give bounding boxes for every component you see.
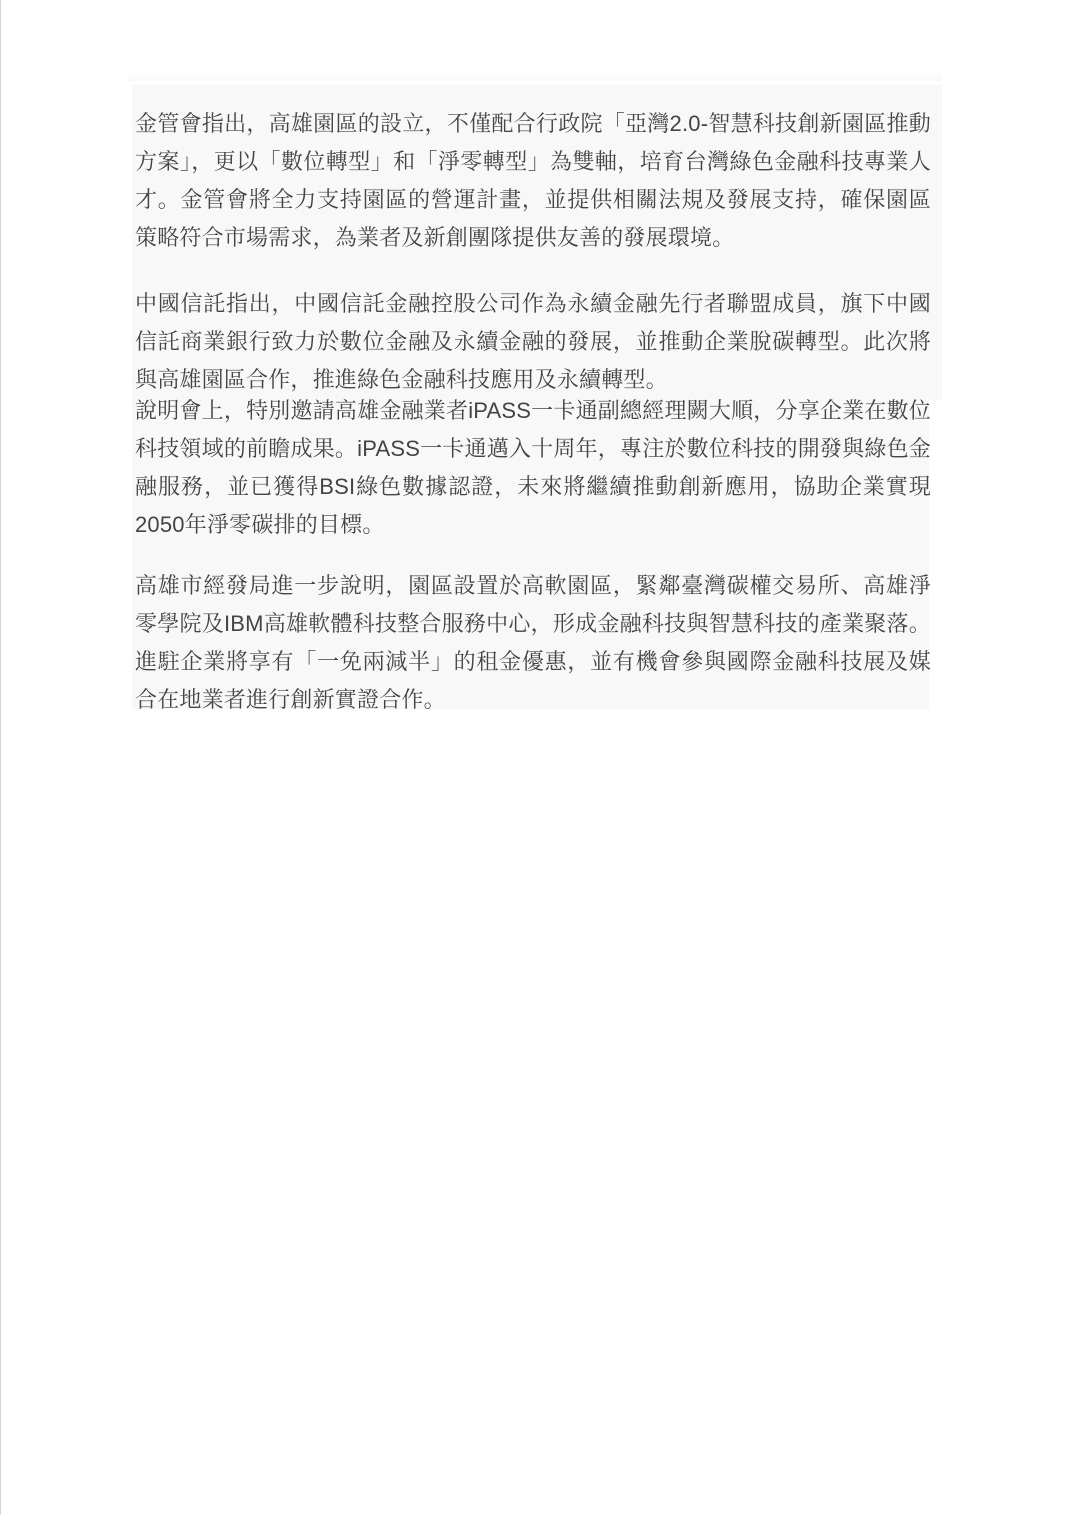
page-left-border [0,0,1,1515]
article-page: 金管會指出，高雄園區的設立，不僅配合行政院「亞灣2.0-智慧科技創新園區推動方案… [0,0,1071,1515]
paragraph-kaohsiung-edb-statement: 高雄市經發局進一步說明，園區設置於高軟園區，緊鄰臺灣碳權交易所、高雄淨零學院及I… [135,567,931,719]
paragraph-ctbc-statement: 中國信託指出，中國信託金融控股公司作為永續金融先行者聯盟成員，旗下中國信託商業銀… [135,285,931,399]
paragraph-fsc-statement: 金管會指出，高雄園區的設立，不僅配合行政院「亞灣2.0-智慧科技創新園區推動方案… [135,105,931,257]
content-top-strip [128,75,942,81]
paragraph-ipass-briefing: 說明會上，特別邀請高雄金融業者iPASS一卡通副總經理闕大順，分享企業在數位科技… [135,392,931,544]
